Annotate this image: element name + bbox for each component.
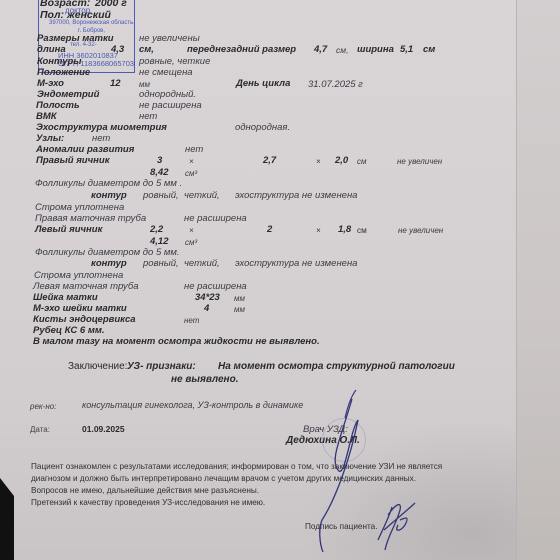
table-surface — [516, 0, 560, 560]
right-ovary-status: не увеличен — [397, 156, 442, 167]
doctor-stamp-faint — [322, 418, 366, 462]
mecho-value: 12 — [110, 78, 121, 89]
conclusion-text-line1: На момент осмотра структурной патологии — [218, 361, 455, 372]
nodes-value: нет — [92, 133, 110, 144]
cervix-unit: мм — [234, 293, 245, 304]
right-ovary-dim2: 2,7 — [263, 155, 276, 166]
cycle-day-label: День цикла — [236, 78, 290, 89]
endometrium-value: однородный. — [139, 89, 196, 100]
right-ovary-contour-value2: четкий, — [184, 190, 220, 201]
ap-unit: см, — [336, 45, 348, 56]
right-ovary-x2: × — [316, 156, 321, 167]
conclusion-text-line2: не выявлено. — [171, 374, 238, 385]
position-value: не смещена — [139, 67, 193, 78]
right-ovary-contour-value: ровный, — [143, 190, 179, 201]
width-value: 5,1 — [400, 44, 413, 55]
left-ovary-unit: см — [357, 225, 367, 236]
right-ovary-follicles: Фолликулы диаметром до 5 мм . — [35, 178, 182, 189]
left-ovary-label: Левый яичник — [35, 224, 102, 235]
nodes-label: Узлы: — [36, 133, 64, 144]
right-ovary-unit: см — [357, 156, 366, 167]
myometrium-value: однородная. — [235, 122, 290, 133]
cervix-value: 34*23 — [195, 292, 220, 303]
right-ovary-volume: 8,42 — [150, 167, 169, 178]
cervix-mecho-value: 4 — [204, 303, 209, 314]
width-label: ширина — [357, 44, 394, 55]
stamp-line1: доктор — [65, 6, 90, 15]
left-ovary-volume-unit: см³ — [185, 237, 197, 248]
disclaimer-line3: Вопросов не имею, дальнейшие действия мн… — [31, 485, 259, 496]
date-value: 01.09.2025 — [82, 424, 125, 435]
anomalies-label: Аномалии развития — [36, 144, 134, 155]
disclaimer-line2: диагнозом и должно быть интерпретировано… — [31, 473, 416, 484]
mecho-label: М-эхо — [37, 78, 64, 89]
left-ovary-dim3: 1,8 — [338, 224, 351, 235]
date-label: Дата: — [30, 424, 50, 435]
left-ovary-dim2: 2 — [267, 224, 272, 235]
left-ovary-x2: × — [316, 225, 321, 236]
uterus-size-value: не увеличены — [139, 33, 200, 44]
ap-label: переднезадний размер — [187, 44, 296, 55]
iud-value: нет — [139, 111, 157, 122]
left-ovary-status: не увеличен — [398, 225, 443, 236]
contours-value: ровные, четкие — [139, 56, 210, 67]
recommendation-value: консультация гинеколога, УЗ-контроль в д… — [82, 400, 303, 411]
myometrium-label: Эхоструктура миометрия — [36, 122, 167, 133]
right-ovary-contour-label: контур — [91, 190, 127, 201]
left-ovary-follicles: Фолликулы диаметром до 5 мм. — [35, 247, 180, 258]
disclaimer-line4: Претензий к качеству проведения УЗ-иссле… — [31, 497, 265, 508]
endocervix-cysts-label: Кисты эндоцервикса — [33, 314, 136, 325]
left-tube-value: не расширена — [184, 281, 247, 292]
length-value: 4,3 — [111, 44, 124, 55]
recommendation-label: рек-но: — [30, 401, 56, 412]
length-label: длина — [37, 44, 66, 55]
conclusion-label: Заключение: — [68, 361, 127, 372]
cervix-mecho-label: М-эхо шейки матки — [33, 303, 127, 314]
uterus-size-label: Размеры матки — [37, 33, 114, 44]
position-label: Положение — [37, 67, 90, 78]
right-tube-label: Правая маточная труба — [35, 213, 146, 224]
patient-signature-label: Подпись пациента. — [305, 521, 378, 532]
ap-value: 4,7 — [314, 44, 327, 55]
cervix-label: Шейка матки — [33, 292, 98, 303]
cycle-day-value: 31.07.2025 г — [308, 79, 363, 90]
right-ovary-volume-unit: см³ — [185, 168, 197, 179]
anomalies-value: нет — [185, 144, 203, 155]
right-ovary-stroma: Строма уплотнена — [35, 202, 124, 213]
right-tube-value: не расширена — [184, 213, 247, 224]
contours-label: Контуры — [37, 56, 81, 67]
left-tube-label: Левая маточная труба — [33, 281, 139, 292]
cavity-label: Полость — [36, 100, 80, 111]
pelvis-fluid: В малом тазу на момент осмотра жидкости … — [33, 336, 320, 347]
conclusion-signs-label: УЗ- признаки: — [127, 361, 196, 372]
right-ovary-dim1: 3 — [157, 155, 162, 166]
right-ovary-dim3: 2,0 — [335, 155, 348, 166]
right-ovary-echo: эхоструктура не изменена — [235, 190, 357, 201]
endocervix-cysts-value: нет — [184, 315, 199, 326]
right-ovary-x1: × — [189, 156, 194, 167]
width-unit: см — [423, 44, 435, 55]
left-ovary-contour-value2: четкий, — [184, 258, 220, 269]
left-ovary-dim1: 2,2 — [150, 224, 163, 235]
length-unit: см, — [139, 44, 154, 55]
left-ovary-echo: эхоструктура не изменена — [235, 258, 357, 269]
left-ovary-volume: 4,12 — [150, 236, 169, 247]
cavity-value: не расширена — [139, 100, 202, 111]
left-ovary-contour-value: ровный, — [143, 258, 179, 269]
cs-scar: Рубец КС 6 мм. — [33, 325, 105, 336]
right-ovary-label: Правый яичник — [36, 155, 110, 166]
iud-label: ВМК — [36, 111, 57, 122]
cervix-mecho-unit: мм — [234, 304, 245, 315]
left-ovary-contour-label: контур — [91, 258, 127, 269]
left-ovary-stroma: Строма уплотнена — [34, 270, 123, 281]
disclaimer-line1: Пациент ознакомлен с результатами исслед… — [31, 461, 442, 472]
endometrium-label: Эндометрий — [37, 89, 99, 100]
stamp-line2: 397000, Воронежская область, — [49, 20, 135, 26]
left-ovary-x1: × — [189, 225, 194, 236]
